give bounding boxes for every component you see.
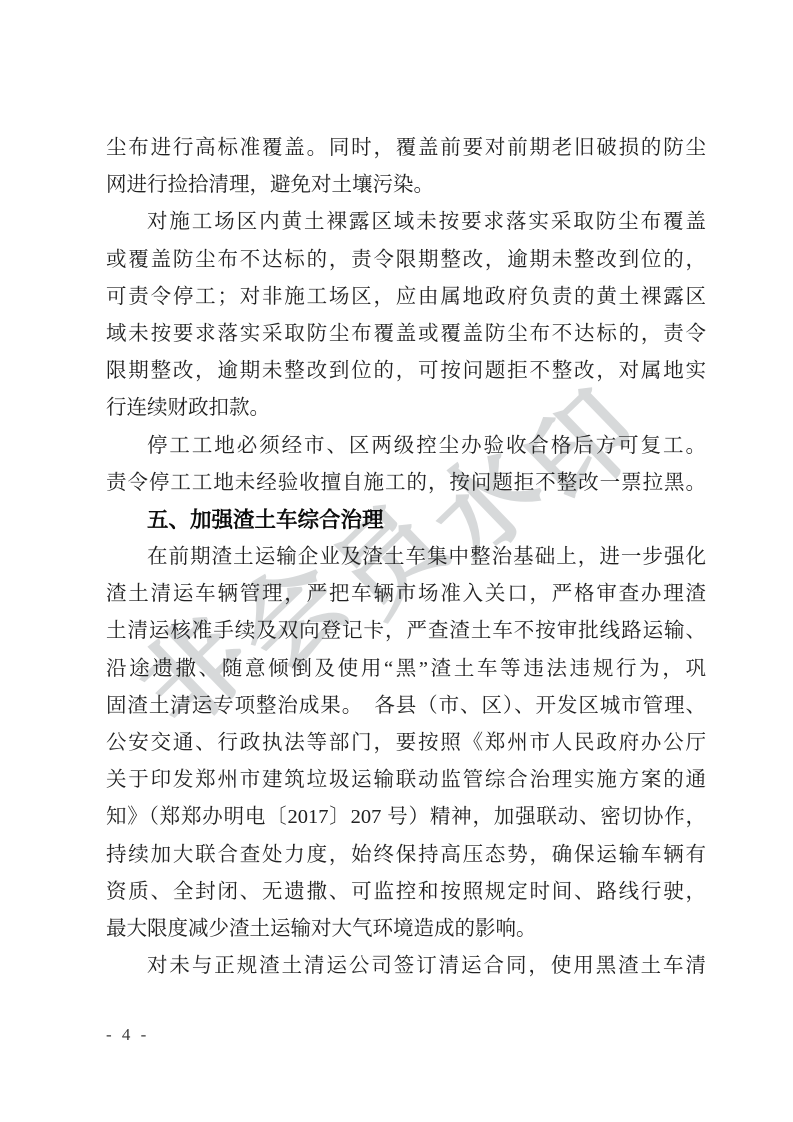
text-line: 或覆盖防尘布不达标的，责令限期整改，逾期未整改到位的，	[106, 242, 706, 279]
text-line: 最大限度减少渣土运输对大气环境造成的影响。	[106, 911, 706, 948]
text-line: 关于印发郑州市建筑垃圾运输联动监管综合治理实施方案的通	[106, 762, 706, 799]
text-line: 固渣土清运专项整治成果。 各县（市、区）、开发区城市管理、	[106, 688, 706, 725]
text-line: 域未按要求落实采取防尘布覆盖或覆盖防尘布不达标的，责令	[106, 316, 706, 353]
text-line: 渣土清运车辆管理，严把车辆市场准入关口，严格审查办理渣	[106, 576, 706, 613]
text-line: 责令停工工地未经验收擅自施工的，按问题拒不整改一票拉黑。	[106, 465, 706, 502]
text-line: 沿途遗撒、随意倾倒及使用“黑”渣土车等违法违规行为，巩	[106, 651, 706, 688]
document-body: 尘布进行高标准覆盖。同时，覆盖前要对前期老旧破损的防尘网进行捡拾清理，避免对土壤…	[106, 130, 706, 985]
text-line: 资质、全封闭、无遗撒、可监控和按照规定时间、路线行驶，	[106, 874, 706, 911]
text-line: 持续加大联合查处力度，始终保持高压态势，确保运输车辆有	[106, 837, 706, 874]
text-line: 网进行捡拾清理，避免对土壤污染。	[106, 167, 706, 204]
text-line: 知》（郑郑办明电〔2017〕207 号）精神，加强联动、密切协作，	[106, 799, 706, 836]
text-line: 可责令停工；对非施工场区，应由属地政府负责的黄土裸露区	[106, 279, 706, 316]
text-line: 尘布进行高标准覆盖。同时，覆盖前要对前期老旧破损的防尘	[106, 130, 706, 167]
text-line: 在前期渣土运输企业及渣土车集中整治基础上，进一步强化	[106, 539, 706, 576]
text-line: 行连续财政扣款。	[106, 390, 706, 427]
text-line: 对施工场区内黄土裸露区域未按要求落实采取防尘布覆盖	[106, 204, 706, 241]
document-page: 非会员水印 尘布进行高标准覆盖。同时，覆盖前要对前期老旧破损的防尘网进行捡拾清理…	[0, 0, 793, 1122]
page-number: - 4 -	[106, 1025, 149, 1045]
text-line: 公安交通、行政执法等部门，要按照《郑州市人民政府办公厅	[106, 725, 706, 762]
text-line: 停工工地必须经市、区两级控尘办验收合格后方可复工。	[106, 428, 706, 465]
text-line: 限期整改，逾期未整改到位的，可按问题拒不整改，对属地实	[106, 353, 706, 390]
text-line: 土清运核准手续及双向登记卡，严查渣土车不按审批线路运输、	[106, 613, 706, 650]
text-line: 对未与正规渣土清运公司签订清运合同，使用黑渣土车清	[106, 948, 706, 985]
section-heading: 五、加强渣土车综合治理	[106, 502, 706, 539]
